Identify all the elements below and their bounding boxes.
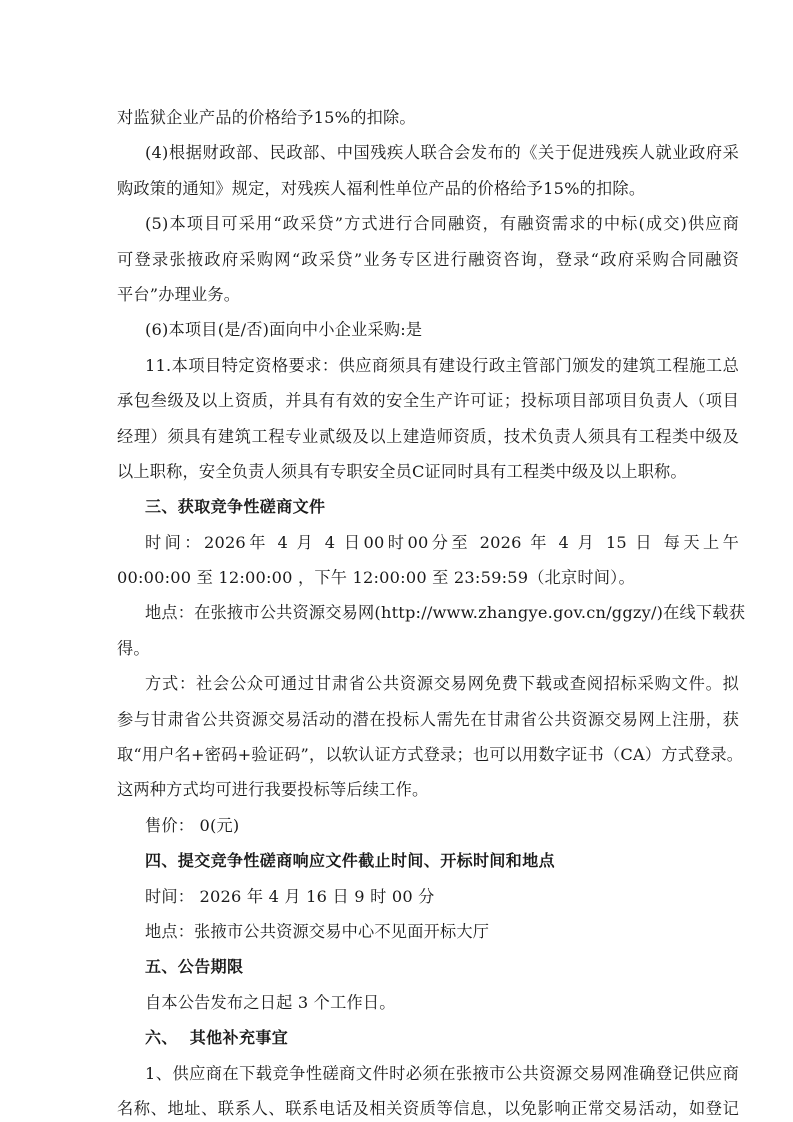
text-line: 以上职称，安全负责人须具有专职安全员C证同时具有工程类中级及以上职称。: [117, 454, 739, 489]
announcement-period-text: 自本公告发布之日起 3 个工作日。: [117, 985, 739, 1020]
obtain-method-line: 这两种方式均可进行我要投标等后续工作。: [117, 772, 739, 807]
text-line: 11.本项目特定资格要求：供应商须具有建设行政主管部门颁发的建筑工程施工总: [117, 348, 739, 383]
text-line: 承包叁级及以上资质，并具有有效的安全生产许可证；投标项目部项目负责人（项目: [117, 383, 739, 418]
obtain-method-line: 取“用户名+密码+验证码”，以软认证方式登录；也可以用数字证书（CA）方式登录。: [117, 737, 739, 772]
paragraph-item-5-contract-financing: (5)本项目可采用“政采贷”方式进行合同融资，有融资需求的中标(成交)供应商 可…: [117, 206, 739, 312]
obtain-method-line: 方式：社会公众可通过甘肃省公共资源交易网免费下载或查阅招标采购文件。拟: [117, 666, 739, 701]
paragraph-item-6-sme-procurement: (6)本项目(是/否)面向中小企业采购:是: [117, 312, 739, 347]
obtain-place-line: 得。: [117, 631, 739, 666]
obtain-place-line: 地点：在张掖市公共资源交易网(http://www.zhangye.gov.cn…: [117, 595, 739, 630]
text-line: 1、供应商在下载竞争性磋商文件时必须在张掖市公共资源交易网准确登记供应商: [117, 1056, 739, 1091]
obtain-time-line: 00:00:00 至 12:00:00 ，下午 12:00:00 至 23:59…: [117, 560, 739, 595]
paragraph-prison-enterprise-deduction: 对监狱企业产品的价格给予15%的扣除。: [117, 100, 739, 135]
deadline-time: 时间： 2026 年 4 月 16 日 9 时 00 分: [117, 879, 739, 914]
section-4-submission-deadline: 四、提交竞争性磋商响应文件截止时间、开标时间和地点 时间： 2026 年 4 月…: [117, 843, 739, 949]
text-line: (6)本项目(是/否)面向中小企业采购:是: [117, 312, 739, 347]
text-line: 名称、地址、联系人、联系电话及相关资质等信息，以免影响正常交易活动，如登记: [117, 1091, 739, 1122]
section-heading: 三、获取竞争性磋商文件: [117, 489, 739, 524]
opening-place: 地点：张掖市公共资源交易中心不见面开标大厅: [117, 914, 739, 949]
section-3-obtain-documents: 三、获取竞争性磋商文件 时间：2026年 4 月 4 日00时00分至 2026…: [117, 489, 739, 843]
text-line: (4)根据财政部、民政部、中国残疾人联合会发布的《关于促进残疾人就业政府采: [117, 135, 739, 170]
obtain-time-line: 时间：2026年 4 月 4 日00时00分至 2026 年 4 月 15 日 …: [117, 525, 739, 560]
section-5-announcement-period: 五、公告期限 自本公告发布之日起 3 个工作日。: [117, 949, 739, 1020]
text-line: 购政策的通知》规定，对残疾人福利性单位产品的价格给予15%的扣除。: [117, 171, 739, 206]
text-line: 可登录张掖政府采购网“政采贷”业务专区进行融资咨询，登录“政府采购合同融资: [117, 242, 739, 277]
document-price: 售价： 0(元): [117, 808, 739, 843]
text-line: 经理）须具有建筑工程专业贰级及以上建造师资质，技术负责人须具有工程类中级及: [117, 419, 739, 454]
document-page: 对监狱企业产品的价格给予15%的扣除。 (4)根据财政部、民政部、中国残疾人联合…: [117, 100, 739, 1122]
obtain-method-line: 参与甘肃省公共资源交易活动的潜在投标人需先在甘肃省公共资源交易网上注册，获: [117, 702, 739, 737]
paragraph-item-4-disability-deduction: (4)根据财政部、民政部、中国残疾人联合会发布的《关于促进残疾人就业政府采 购政…: [117, 135, 739, 206]
section-heading: 六、 其他补充事宜: [117, 1020, 739, 1055]
section-6-other-matters: 六、 其他补充事宜 1、供应商在下载竞争性磋商文件时必须在张掖市公共资源交易网准…: [117, 1020, 739, 1122]
text-line: 平台”办理业务。: [117, 277, 739, 312]
paragraph-item-11-qualification-requirements: 11.本项目特定资格要求：供应商须具有建设行政主管部门颁发的建筑工程施工总 承包…: [117, 348, 739, 490]
text-line: 对监狱企业产品的价格给予15%的扣除。: [117, 100, 739, 135]
section-heading: 五、公告期限: [117, 949, 739, 984]
section-heading: 四、提交竞争性磋商响应文件截止时间、开标时间和地点: [117, 843, 739, 878]
text-line: (5)本项目可采用“政采贷”方式进行合同融资，有融资需求的中标(成交)供应商: [117, 206, 739, 241]
